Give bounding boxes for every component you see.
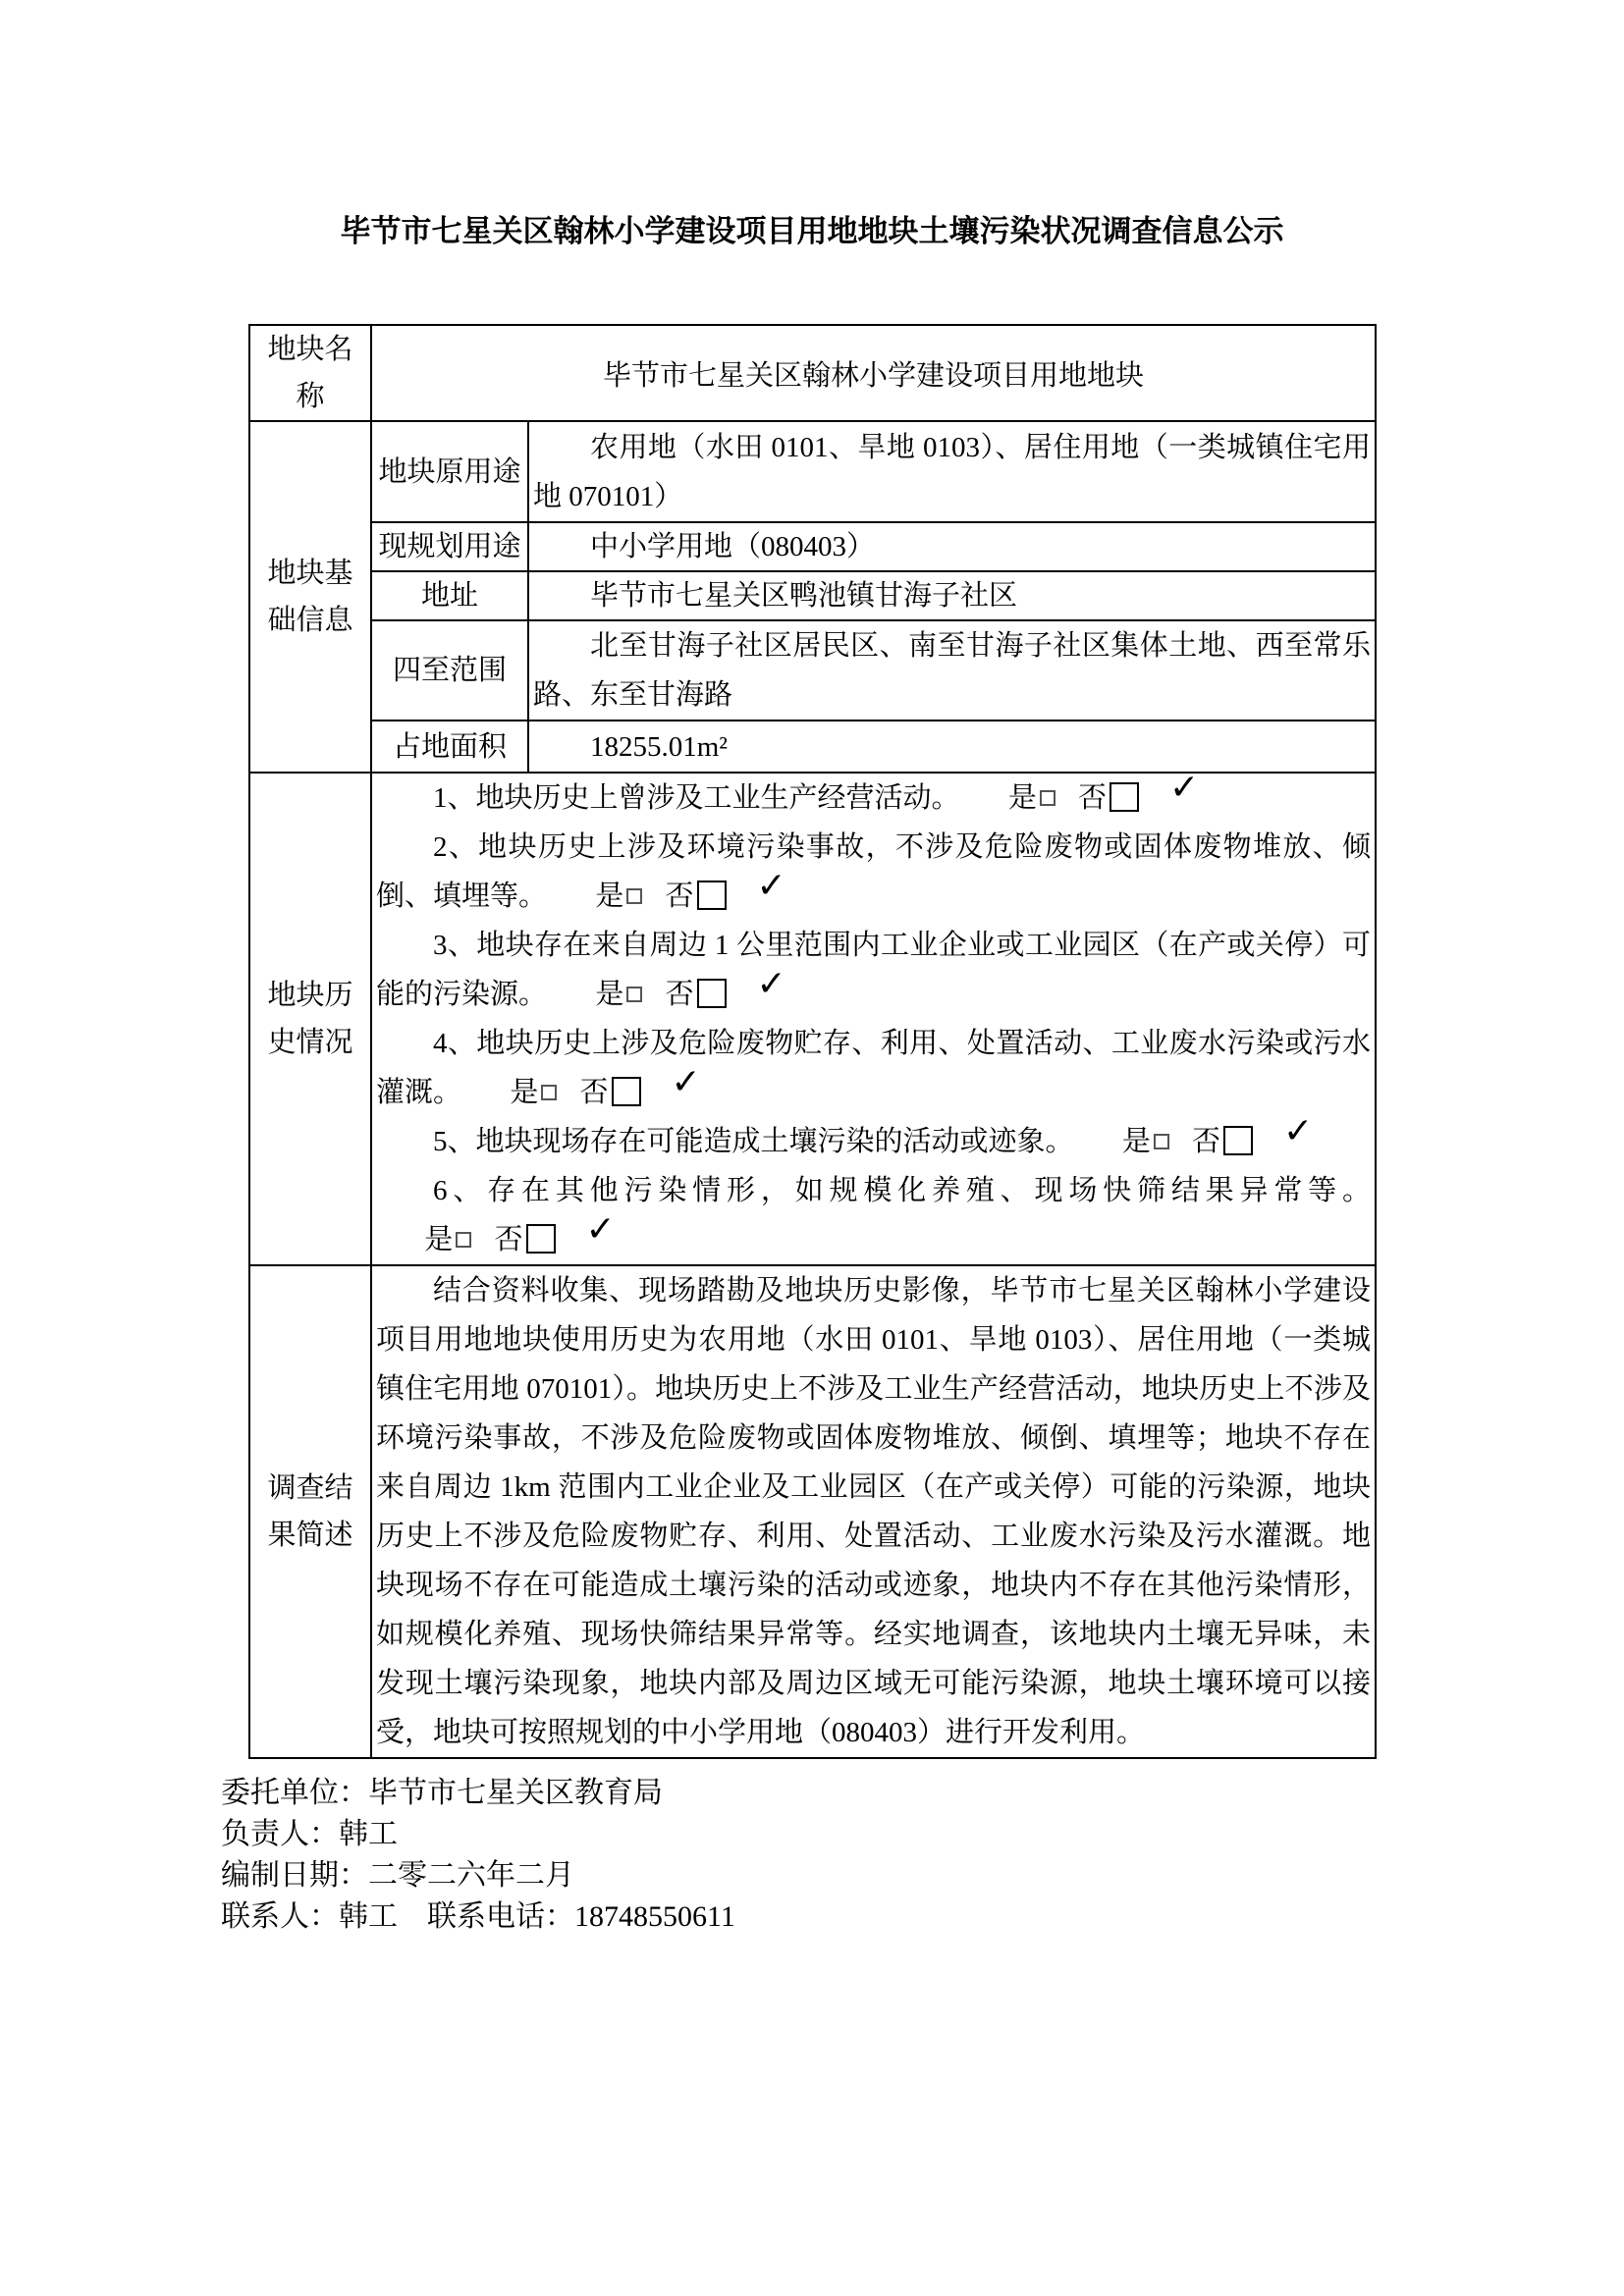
checkbox-checked-icon: ✓	[697, 979, 727, 1008]
history-item-text: 1、地块历史上曾涉及工业生产经营活动。	[433, 782, 960, 814]
planned-use-label: 现规划用途	[371, 522, 528, 571]
planned-use-value: 中小学用地（080403）	[528, 522, 1376, 571]
history-item: 4、地块历史上涉及危险废物贮存、利用、处置活动、工业废水污染或污水灌溉。是否✓	[376, 1019, 1371, 1117]
boundary-text: 北至甘海子社区居民区、南至甘海子社区集体土地、西至常乐路、东至甘海路	[533, 621, 1371, 720]
summary-text: 结合资料收集、现场踏勘及地块历史影像，毕节市七星关区翰林小学建设项目用地地块使用…	[376, 1266, 1371, 1757]
footer: 委托单位：毕节市七星关区教育局 负责人：韩工 编制日期：二零二六年二月 联系人：…	[221, 1773, 1624, 1938]
table-row: 地块名称 毕节市七星关区翰林小学建设项目用地地块	[249, 325, 1376, 421]
planned-use-text: 中小学用地（080403）	[533, 525, 1371, 568]
no-label: 否	[666, 881, 694, 912]
address-label: 地址	[371, 571, 528, 620]
no-label: 否	[1192, 1126, 1220, 1157]
table-row: 调查结果简述 结合资料收集、现场踏勘及地块历史影像，毕节市七星关区翰林小学建设项…	[249, 1265, 1376, 1758]
checkmark-glyph: ✓	[1226, 1114, 1313, 1149]
checkbox-checked-icon: ✓	[697, 881, 727, 910]
history-content: 1、地块历史上曾涉及工业生产经营活动。是否✓ 2、地块历史上涉及环境污染事故，不…	[371, 773, 1376, 1265]
checkbox-checked-icon: ✓	[526, 1224, 556, 1254]
history-item: 5、地块现场存在可能造成土壤污染的活动或迹象。是否✓	[376, 1117, 1371, 1166]
summary-content: 结合资料收集、现场踏勘及地块历史影像，毕节市七星关区翰林小学建设项目用地地块使用…	[371, 1265, 1376, 1758]
area-label: 占地面积	[371, 721, 528, 773]
yes-label: 是	[595, 881, 623, 912]
yes-no-answer: 是否✓	[1008, 782, 1139, 814]
history-label: 地块历史情况	[249, 773, 371, 1265]
yes-no-answer: 是否✓	[510, 1077, 640, 1108]
table-row: 四至范围 北至甘海子社区居民区、南至甘海子社区集体土地、西至常乐路、东至甘海路	[249, 620, 1376, 721]
checkbox-unchecked-icon	[626, 987, 642, 1002]
history-item-text: 2、地块历史上涉及环境污染事故，不涉及危险废物或固体废物堆放、倾倒、填埋等。	[376, 831, 1371, 912]
yes-label: 是	[510, 1077, 538, 1108]
checkmark-glyph: ✓	[700, 967, 786, 1002]
plot-name-value: 毕节市七星关区翰林小学建设项目用地地块	[371, 325, 1376, 421]
document-page: 毕节市七星关区翰林小学建设项目用地地块土壤污染状况调查信息公示 地块名称 毕节市…	[0, 0, 1624, 2296]
table-row: 地块基础信息 地块原用途 农用地（水田 0101、旱地 0103）、居住用地（一…	[249, 421, 1376, 522]
history-item: 1、地块历史上曾涉及工业生产经营活动。是否✓	[376, 774, 1371, 823]
no-label: 否	[666, 979, 694, 1010]
checkbox-checked-icon: ✓	[1223, 1126, 1253, 1155]
table-row: 地块历史情况 1、地块历史上曾涉及工业生产经营活动。是否✓ 2、地块历史上涉及环…	[249, 773, 1376, 1265]
original-use-value: 农用地（水田 0101、旱地 0103）、居住用地（一类城镇住宅用地 07010…	[528, 421, 1376, 522]
checkmark-glyph: ✓	[700, 869, 786, 904]
plot-name-label: 地块名称	[249, 325, 371, 421]
checkbox-unchecked-icon	[1040, 790, 1056, 806]
history-item: 6、存在其他污染情形，如规模化养殖、现场快筛结果异常等。是否✓	[376, 1166, 1371, 1264]
checkmark-glyph: ✓	[529, 1212, 616, 1248]
checkbox-unchecked-icon	[541, 1085, 557, 1100]
no-label: 否	[1078, 782, 1107, 814]
yes-no-answer: 是否✓	[595, 881, 726, 912]
checkbox-unchecked-icon	[626, 888, 642, 904]
history-item: 2、地块历史上涉及环境污染事故，不涉及危险废物或固体废物堆放、倾倒、填埋等。是否…	[376, 823, 1371, 921]
checkbox-checked-icon: ✓	[612, 1077, 641, 1106]
history-item-text: 6、存在其他污染情形，如规模化养殖、现场快筛结果异常等。	[433, 1175, 1371, 1206]
boundary-value: 北至甘海子社区居民区、南至甘海子社区集体土地、西至常乐路、东至甘海路	[528, 620, 1376, 721]
original-use-text: 农用地（水田 0101、旱地 0103）、居住用地（一类城镇住宅用地 07010…	[533, 423, 1371, 521]
checkbox-unchecked-icon	[1154, 1134, 1169, 1149]
address-text: 毕节市七星关区鸭池镇甘海子社区	[533, 574, 1371, 617]
footer-person-in-charge: 负责人：韩工	[221, 1814, 1624, 1855]
yes-label: 是	[1122, 1126, 1151, 1157]
page-title: 毕节市七星关区翰林小学建设项目用地地块土壤污染状况调查信息公示	[0, 0, 1624, 254]
yes-no-answer: 是否✓	[1122, 1126, 1253, 1157]
history-item: 3、地块存在来自周边 1 公里范围内工业企业或工业园区（在产或关停）可能的污染源…	[376, 921, 1371, 1019]
original-use-label: 地块原用途	[371, 421, 528, 522]
no-label: 否	[495, 1224, 523, 1255]
address-value: 毕节市七星关区鸭池镇甘海子社区	[528, 571, 1376, 620]
checkbox-unchecked-icon	[456, 1232, 471, 1248]
table-row: 占地面积 18255.01m²	[249, 721, 1376, 773]
history-item-text: 5、地块现场存在可能造成土壤污染的活动或迹象。	[433, 1126, 1074, 1157]
table-row: 现规划用途 中小学用地（080403）	[249, 522, 1376, 571]
table-row: 地址 毕节市七星关区鸭池镇甘海子社区	[249, 571, 1376, 620]
no-label: 否	[580, 1077, 609, 1108]
footer-contact: 联系人：韩工 联系电话：18748550611	[221, 1896, 1624, 1938]
yes-label: 是	[424, 1224, 453, 1255]
boundary-label: 四至范围	[371, 620, 528, 721]
summary-label: 调查结果简述	[249, 1265, 371, 1758]
history-item-text: 3、地块存在来自周边 1 公里范围内工业企业或工业园区（在产或关停）可能的污染源…	[376, 930, 1371, 1010]
yes-label: 是	[1008, 782, 1037, 814]
yes-no-answer: 是否✓	[595, 979, 726, 1010]
yes-no-answer: 是否✓	[424, 1224, 555, 1255]
area-text: 18255.01m²	[533, 725, 1371, 769]
yes-label: 是	[595, 979, 623, 1010]
checkmark-glyph: ✓	[1112, 773, 1199, 806]
area-value: 18255.01m²	[528, 721, 1376, 773]
basic-info-label: 地块基础信息	[249, 421, 371, 773]
checkmark-glyph: ✓	[615, 1065, 701, 1100]
info-table: 地块名称 毕节市七星关区翰林小学建设项目用地地块 地块基础信息 地块原用途 农用…	[248, 324, 1377, 1759]
checkbox-checked-icon: ✓	[1110, 782, 1139, 812]
footer-entrusting-unit: 委托单位：毕节市七星关区教育局	[221, 1773, 1624, 1814]
footer-compile-date: 编制日期：二零二六年二月	[221, 1855, 1624, 1896]
